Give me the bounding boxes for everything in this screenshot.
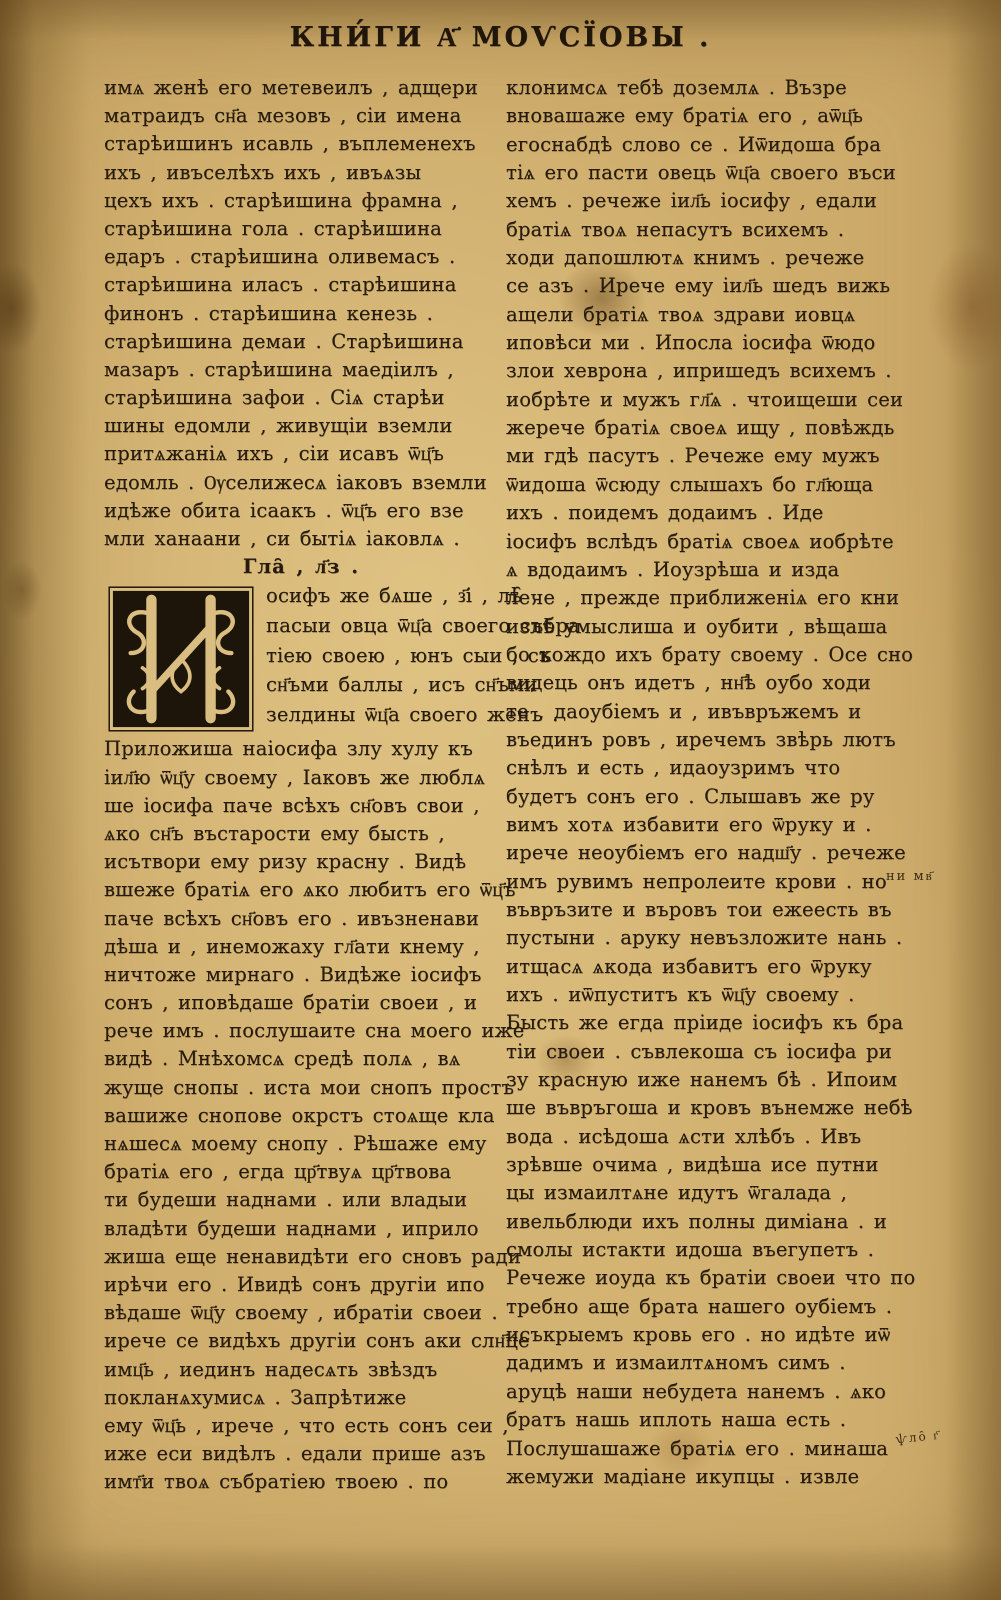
text-line: ми гдѣ пасутъ . Речеже ему мужъ — [506, 442, 898, 470]
text-line: дѣша и , инеможаху гл҃ати кнему , — [104, 933, 498, 961]
text-line: иобрѣте и мужъ гл҃ѧ . чтоищеши сеи — [506, 386, 898, 414]
text-line: се азъ . Ирече ему іил҃ь шедъ вижь — [506, 272, 898, 300]
text-line: жиша еще ненавидѣти его сновъ ради — [104, 1243, 498, 1271]
margin-note: ѱло̑ г҃ — [895, 1428, 941, 1448]
text-line: ирече неоубіемъ его надш҃у . речеже — [506, 839, 898, 867]
text-line: требно аще брата нашего оубіемъ . — [506, 1293, 898, 1321]
text-line: вшеже братіѧ его ѧко любитъ его ѿц҃ъ — [104, 876, 498, 904]
text-line: исътвори ему ризу красну . Видѣ — [104, 848, 498, 876]
decorative-initial-icon — [106, 585, 256, 733]
text-line: старѣишина гола . старѣишина — [104, 215, 498, 243]
text-line: старѣишина демаи . Старѣишина — [104, 328, 498, 356]
text-line: ѧко сн҃ъ въстарости ему бысть , — [104, 820, 498, 848]
text-line: вашиже снопове окрстъ стоѧще кла — [104, 1102, 498, 1130]
running-title: КНИ́ГИ А҃ МОѴСЇОВЫ . — [0, 22, 1001, 53]
text-line: иповѣси ми . Ипосла іосифа ѿюдо — [506, 329, 898, 357]
chapter-heading: Гла̑ , л҃з . — [104, 553, 498, 581]
text-line: въвръзите и въровъ тои ежеесть въ — [506, 896, 898, 924]
text-line: едомль . Ѹселижесѧ іаковъ вземли — [104, 469, 498, 497]
text-line: ирѣчи его . Ивидѣ сонъ другіи ипо — [104, 1271, 498, 1299]
text-line: въединъ ровъ , иречемъ звѣрь лютъ — [506, 726, 898, 754]
text-line: Послушашаже братіѧ его . минаша — [506, 1435, 898, 1463]
text-line: излѣ умыслиша и оубити , вѣщаша — [506, 613, 898, 641]
text-line: вода . исѣдоша ѧсти хлѣбъ . Ивъ — [506, 1123, 898, 1151]
text-line: видѣ . Мнѣхомсѧ средѣ полѧ , вѧ — [104, 1045, 498, 1073]
initial-paragraph: осифъ же бѧше , з҃і , лѣ̑ ,пасыи овца ѿц… — [104, 581, 498, 735]
text-line: старѣишина зафои . Сіѧ старѣи — [104, 384, 498, 412]
text-line: имъ рувимъ непролеите крови . но — [506, 868, 898, 896]
text-line: іосифъ вслѣдъ братіѧ своеѧ иобрѣте — [506, 528, 898, 556]
text-line: жемужи мадіане икупцы . извле — [506, 1463, 898, 1491]
left-column: имѧ женѣ его метевеилъ , адщериматраидъ … — [104, 74, 498, 1496]
text-line: аруцѣ наши небудета нанемъ . ѧко — [506, 1378, 898, 1406]
text-line: сонъ , иповѣдаше братіи своеи , и — [104, 989, 498, 1017]
text-line: жерече братіѧ своеѧ ищу , повѣждь — [506, 414, 898, 442]
text-line: братъ нашь иплоть наша есть . — [506, 1406, 898, 1434]
text-line: ти будеши наднами . или владыи — [104, 1186, 498, 1214]
text-line: Бысть же егда пріиде іосифъ къ бра — [506, 1009, 898, 1037]
text-line: Приложиша наіосифа злу хулу къ — [104, 735, 498, 763]
text-line: идѣже обита ісаакъ . ѿц҃ъ его взе — [104, 497, 498, 525]
text-line: пустыни . аруку невъзложите нань . — [506, 924, 898, 952]
book-page: КНИ́ГИ А҃ МОѴСЇОВЫ . имѧ женѣ его метеве… — [0, 0, 1001, 1600]
text-line: видець онъ идетъ , нн҃ѣ оубо ходи — [506, 669, 898, 697]
text-line: тіѧ его пасти овець ѿц҃а своего въси — [506, 159, 898, 187]
text-line: вимъ хотѧ избавити его ѿруку и . — [506, 811, 898, 839]
text-line: ихъ . поидемъ додаимъ . Иде — [506, 499, 898, 527]
text-line: бо кождо ихъ брату своему . Осе сно — [506, 641, 898, 669]
paper-stain — [928, 242, 1001, 372]
text-line: рече имъ . послушаите сна моего иже — [104, 1017, 498, 1045]
text-line: старѣишина иласъ . старѣишина — [104, 271, 498, 299]
left-column-part2: Приложиша наіосифа злу хулу къіил҃ю ѿц҃у… — [104, 735, 498, 1496]
text-line: ирече се видѣхъ другіи сонъ аки слн҃це — [104, 1327, 498, 1355]
text-line: вновашаже ему братіѧ его , аѿц҃ь — [506, 102, 898, 130]
text-line: паче всѣхъ сн҃овъ его . ивъзненави — [104, 905, 498, 933]
text-line: іил҃ю ѿц҃у своему , Іаковъ же люблѧ — [104, 764, 498, 792]
text-line: тіи своеи . съвлекоша съ іосифа ри — [506, 1038, 898, 1066]
text-line: шины едомли , живущіи вземли — [104, 412, 498, 440]
text-line: зрѣвше очима , видѣша исе путни — [506, 1151, 898, 1179]
text-line: притѧжаніѧ ихъ , сіи исавъ ѿц҃ъ — [104, 440, 498, 468]
text-line: ему ѿц҃ь , ирече , что есть сонъ сеи , — [104, 1412, 498, 1440]
text-line: старѣишинъ исавль , въплеменехъ — [104, 130, 498, 158]
right-column: клонимсѧ тебѣ доземлѧ . Възревновашаже е… — [506, 74, 898, 1491]
text-line: ѿидоша ѿсюду слышахъ бо гл҃юща — [506, 471, 898, 499]
text-line: владѣти будеши наднами , иприло — [104, 1215, 498, 1243]
text-line: ше въвръгоша и кровъ вънемже небѣ — [506, 1094, 898, 1122]
paper-stain — [0, 262, 42, 354]
text-line: снѣлъ и есть , идаоузримъ что — [506, 754, 898, 782]
text-line: братіѧ его , егда цр҃твуѧ цр҃твова — [104, 1158, 498, 1186]
text-line: вѣдаше ѿц҃у своему , ибратіи своеи . — [104, 1299, 498, 1327]
right-column-lines: клонимсѧ тебѣ доземлѧ . Възревновашаже е… — [506, 74, 898, 1491]
text-line: итщасѧ ѧкода избавитъ его ѿруку — [506, 953, 898, 981]
text-line: имѧ женѣ его метевеилъ , адщери — [104, 74, 498, 102]
text-line: имт҃и твоѧ събратіею твоею . по — [104, 1468, 498, 1496]
text-line: братіѧ твоѧ непасутъ всихемъ . — [506, 216, 898, 244]
text-line: нѧшесѧ моему снопу . Рѣшаже ему — [104, 1130, 498, 1158]
text-line: покланѧхумисѧ . Запрѣтиже — [104, 1384, 498, 1412]
text-line: будетъ сонъ его . Слышавъ же ру — [506, 783, 898, 811]
text-line: иже еси видѣлъ . едали прише азъ — [104, 1440, 498, 1468]
text-line: ивельблюди ихъ полны диміана . и — [506, 1208, 898, 1236]
text-line: ничтоже мирнаго . Видѣже іосифъ — [104, 961, 498, 989]
text-line: те , даоубіемъ и , ивъвръжемъ и — [506, 698, 898, 726]
text-line: злои хеврона , ипришедъ всихемъ . — [506, 357, 898, 385]
text-line: мли ханаани , си бытіѧ іаковлѧ . — [104, 525, 498, 553]
text-line: смолы истакти идоша въегупетъ . — [506, 1236, 898, 1264]
text-line: финонъ . старѣишина кенезь . — [104, 300, 498, 328]
text-line: лече , прежде приближеніѧ его кни — [506, 584, 898, 612]
text-line: ихъ . иѿпуститъ къ ѿц҃у своему . — [506, 981, 898, 1009]
text-line: зу красную иже нанемъ бѣ . Ипоим — [506, 1066, 898, 1094]
text-line: хемъ . речеже іил҃ь іосифу , едали — [506, 187, 898, 215]
left-column-part1: имѧ женѣ его метевеилъ , адщериматраидъ … — [104, 74, 498, 553]
text-line: ходи дапошлютѧ книмъ . речеже — [506, 244, 898, 272]
text-line: исъкрыемъ кровь его . но идѣте иѿ — [506, 1321, 898, 1349]
text-line: ащели братіѧ твоѧ здрави иовцѧ — [506, 301, 898, 329]
text-line: едаръ . старѣишина оливемасъ . — [104, 243, 498, 271]
text-line: клонимсѧ тебѣ доземлѧ . Възре — [506, 74, 898, 102]
text-line: егоснабдѣ слово се . Иѿидоша бра — [506, 131, 898, 159]
margin-note: ни мв҃ — [886, 868, 934, 884]
text-line: цы измаилтѧне идутъ ѿгалада , — [506, 1179, 898, 1207]
text-line: цехъ ихъ . старѣишина фрамна , — [104, 187, 498, 215]
text-line: Речеже иоуда къ братіи своеи что по — [506, 1264, 898, 1292]
text-line: ше іосифа паче всѣхъ сн҃овъ свои , — [104, 792, 498, 820]
text-line: ихъ , ивъселѣхъ ихъ , ивъѧзы — [104, 159, 498, 187]
text-line: дадимъ и измаилтѧномъ симъ . — [506, 1349, 898, 1377]
text-line: матраидъ сн҃а мезовъ , сіи имена — [104, 102, 498, 130]
paper-stain — [2, 560, 42, 620]
text-line: ѧ вдодаимъ . Иоузрѣша и изда — [506, 556, 898, 584]
text-line: жуще снопы . иста мои снопъ простъ — [104, 1074, 498, 1102]
text-line: имц҃ь , иединъ надесѧть звѣздъ — [104, 1356, 498, 1384]
text-line: мазаръ . старѣишина маедіилъ , — [104, 356, 498, 384]
